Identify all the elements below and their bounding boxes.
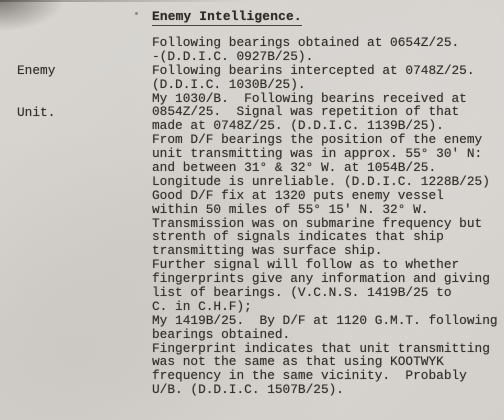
document-line: Good D/F fix at 1320 puts enemy vessel	[152, 189, 498, 203]
page-top-edge-shading	[0, 0, 277, 2]
document-line: U/B. (D.D.I.C. 1507B/25).	[152, 383, 498, 397]
document-line: unit transmitting was in approx. 55° 30'…	[152, 147, 498, 161]
document-line: Following bearins intercepted at 0748Z/2…	[152, 64, 498, 78]
document-line: Transmission was on submarine frequency …	[152, 217, 498, 231]
document-line: Longitude is unreliable. (D.D.I.C. 1228B…	[152, 175, 498, 189]
margin-label-line-2: Unit.	[17, 106, 55, 120]
document-line: was not the same as that using KOOTWYK	[152, 355, 498, 369]
margin-label: Enemy Unit.	[17, 36, 55, 147]
document-line: made at 0748Z/25. (D.D.I.C. 1139B/25).	[152, 119, 498, 133]
page-corner-shadow	[0, 0, 70, 34]
document-line: within 50 miles of 55° 15' N. 32° W.	[152, 203, 498, 217]
document-line: 0854Z/25. Signal was repetition of that	[152, 105, 498, 119]
document-line: Further signal will follow as to whether	[152, 258, 498, 272]
paper-speck	[135, 12, 138, 15]
margin-label-line-1: Enemy	[17, 64, 55, 78]
document-line: fingerprints give any information and gi…	[152, 272, 498, 286]
document-title: Enemy Intelligence.	[152, 10, 302, 26]
document-line: (D.D.I.C. 1030B/25).	[152, 78, 498, 92]
document-line: and between 31° & 32° W. at 1054B/25.	[152, 161, 498, 175]
document-line: bearings obtained.	[152, 328, 498, 342]
document-page: Enemy Intelligence. Enemy Unit. Followin…	[0, 0, 504, 420]
document-line: frequency in the same vicinity. Probably	[152, 369, 498, 383]
document-line: Fingerprint indicates that unit transmit…	[152, 342, 498, 356]
document-line: My 1030/B. Following bearins received at	[152, 92, 498, 106]
document-line: -(D.D.I.C. 0927B/25).	[152, 50, 498, 64]
document-body: Following bearings obtained at 0654Z/25.…	[152, 36, 498, 397]
document-line: list of bearings. (V.C.N.S. 1419B/25 to	[152, 286, 498, 300]
document-line: C. in C.H.F);	[152, 300, 498, 314]
document-line: My 1419B/25. By D/F at 1120 G.M.T. follo…	[152, 314, 498, 328]
document-line: transmitting was surface ship.	[152, 244, 498, 258]
document-line: strenth of signals indicates that ship	[152, 230, 498, 244]
document-line: Following bearings obtained at 0654Z/25.	[152, 36, 498, 50]
document-line: From D/F bearings the position of the en…	[152, 133, 498, 147]
